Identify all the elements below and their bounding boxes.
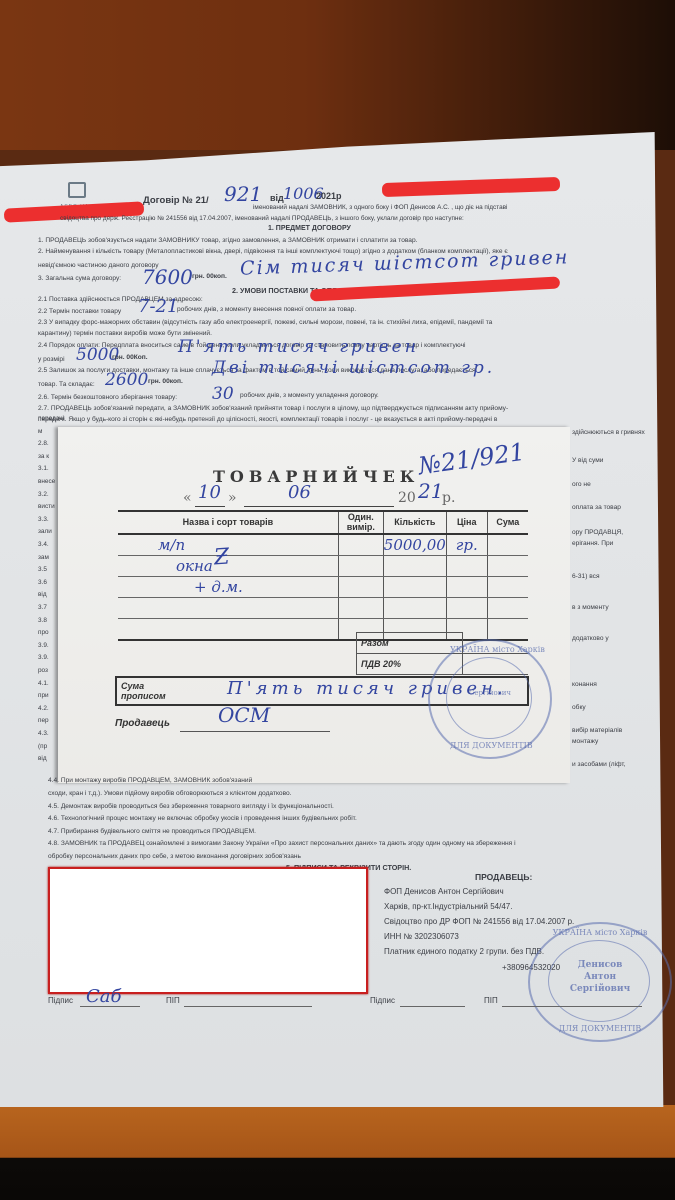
contract-fragment: 3.6	[38, 580, 47, 586]
clause-2-2-value-handwritten: 7-21	[138, 296, 178, 317]
contract-fragment: 4.1.	[38, 681, 49, 687]
seller-heading: ПРОДАВЕЦЬ:	[475, 873, 532, 882]
contract-fragment: 3.3.	[38, 517, 49, 523]
wooden-table-edge	[0, 1105, 675, 1200]
column-header-price: Ціна	[446, 511, 487, 534]
sum-label-2: прописом	[121, 691, 166, 701]
contract-fragment: 3.7	[38, 605, 47, 611]
receipt-title-check: ЧЕК	[363, 467, 419, 486]
table-row: + д.м.	[118, 577, 528, 598]
clause-2-2-rest: робочих днів, з моменту внесення повної …	[177, 307, 356, 314]
contract-fragment: м	[38, 429, 42, 435]
contract-fragment: (пр	[38, 744, 47, 750]
receipt-seller-label: Продавець	[115, 718, 170, 729]
party-line-1: іменований надалі ЗАМОВНИК, з одного бок…	[253, 205, 507, 211]
redaction-box	[48, 867, 368, 994]
contract-fragment: при	[38, 693, 49, 699]
table-cell	[338, 598, 383, 619]
clause-2-6-rest: робочих днів, з моменту укладення догово…	[240, 393, 379, 400]
clause-2-5-currency: грн. 00коп.	[148, 379, 183, 386]
sales-receipt: ТОВАРНИЙ ЧЕК №21/921 « 10 » 06 20 21 р. …	[58, 427, 570, 783]
table-cell: 5000,00	[383, 534, 446, 556]
contract-fragment: додатково у	[572, 636, 609, 643]
table-cell: + д.м.	[118, 577, 338, 598]
clause-4-4b: сходи, кран і т.д.). Умови підйому вироб…	[48, 791, 292, 798]
table-row: м/п5000,00гр.	[118, 534, 528, 556]
seal-stamp-icon: УКРАЇНА місто Харків Сергійович ДЛЯ ДОКУ…	[428, 639, 552, 759]
receipt-month: 06	[288, 482, 311, 503]
contract-fragment: 6-31) вся	[572, 574, 600, 581]
buyer-signature: Саб	[86, 986, 122, 1007]
contract-fragment: 3.9.	[38, 643, 49, 649]
contract-fragment: 4.2.	[38, 706, 49, 712]
table-cell	[383, 598, 446, 619]
table-cell	[118, 619, 338, 641]
clause-2-6-label: 2.6. Термін безкоштовного зберігання тов…	[38, 395, 177, 402]
table-cell	[338, 577, 383, 598]
seller-detail-line: Свідоцтво про ДР ФОП № 241556 від 17.04.…	[384, 918, 574, 926]
contract-fragment: передачі	[38, 416, 64, 422]
contract-fragment: ору ПРОДАВЦЯ,	[572, 530, 623, 537]
clause-4-7: 4.7. Прибирання будівельного сміття не п…	[48, 829, 256, 836]
table-cell	[383, 577, 446, 598]
column-header-quantity: Кількість	[383, 511, 446, 534]
table-cell	[118, 598, 338, 619]
seller-detail-line: Харків, пр-кт.Індустріальний 54/47.	[384, 903, 512, 911]
receipt-items-table: Назва і сорт товарів Один. вимір. Кількі…	[118, 510, 528, 641]
table-cell	[338, 534, 383, 556]
contract-fragment: конання	[572, 682, 597, 689]
buyer-sign-label: Підпис	[48, 996, 73, 1005]
buyer-name-label: ПІП	[166, 996, 180, 1005]
seller-detail-line: ИНН № 3202306073	[384, 933, 459, 941]
receipt-strike-z: Ƶ	[213, 544, 230, 570]
clause-2-6-value-handwritten: 30	[212, 384, 234, 404]
receipt-day: 10	[198, 482, 221, 503]
receipt-year-suffix: 21	[418, 479, 443, 503]
table-cell	[338, 556, 383, 577]
contract-fragment: від	[38, 592, 47, 598]
clause-2-3a: 2.3 У випадку форс-мажорних обставин (ві…	[38, 320, 492, 327]
sum-label-1: Сума	[121, 681, 144, 691]
clause-3-currency: грн. 00коп.	[192, 274, 227, 281]
contract-fragment: обку	[572, 705, 586, 712]
table-cell: гр.	[446, 534, 487, 556]
contract-fragment: від	[38, 756, 47, 762]
clause-2b: невід'ємною частиною даного договору	[38, 263, 159, 270]
seller-detail-line: Платник єдиного податку 2 групи. без ПДВ…	[384, 948, 544, 956]
contract-fragment: ерігання. При	[572, 541, 613, 548]
contract-fragment: 3.2.	[38, 492, 49, 498]
contract-fragment: висти	[38, 504, 55, 510]
clause-2-5-amount-handwritten: 2600	[105, 370, 148, 390]
column-header-name: Назва і сорт товарів	[118, 511, 338, 534]
contract-fragment: внесе	[38, 479, 55, 485]
clause-2-5-label: товар. Та складає:	[38, 382, 95, 389]
contract-fragment: оплата за товар	[572, 505, 621, 512]
contract-fragment: 3.1.	[38, 466, 49, 472]
contract-fragment: 2.8.	[38, 441, 49, 447]
seller-detail-line: ФОП Денисов Антон Сергійович	[384, 888, 504, 896]
contract-fragment: здійснюються в гривнях	[572, 430, 645, 437]
contract-fragment: 4.3.	[38, 731, 49, 737]
section-1-title: 1. ПРЕДМЕТ ДОГОВОРУ	[268, 225, 351, 232]
contract-fragment: У від суми	[572, 458, 603, 465]
clause-2-4-label: у розмірі	[38, 357, 65, 364]
table-cell	[446, 577, 487, 598]
clause-4-5: 4.5. Демонтаж виробів проводиться без зб…	[48, 804, 334, 811]
clause-2-4-words-handwritten: П'ять тисяч гривен	[178, 337, 419, 357]
contract-fragment: 3.8	[38, 618, 47, 624]
party-line-2: свідоцтва про держ. Реєстрацію № 241556 …	[60, 216, 464, 222]
total-label: Разом	[357, 633, 463, 654]
contract-number-handwritten: 921	[224, 182, 262, 206]
clause-2-7a: 2.7. ПРОДАВЕЦЬ зобов'язаний передати, а …	[38, 406, 508, 413]
clause-2-4-currency: грн. 00Коп.	[112, 355, 148, 362]
table-cell	[487, 556, 528, 577]
table-cell	[446, 598, 487, 619]
table-cell	[383, 556, 446, 577]
contract-date-prefix: від	[270, 194, 284, 203]
contract-fragment: роз	[38, 668, 48, 674]
table-row: окна	[118, 556, 528, 577]
column-header-unit: Один. вимір.	[338, 511, 383, 534]
receipt-year-prefix: 20	[398, 490, 416, 506]
contract-fragment: зам	[38, 555, 49, 561]
clause-2-5-words-handwritten: Дві тисячі шістсот гр.	[212, 358, 495, 378]
receipt-seller-signature: ОСМ	[218, 703, 270, 727]
contract-fragment: ого не	[572, 482, 591, 489]
contract-title: Договір № 21/	[143, 196, 209, 206]
clause-4-6: 4.6. Технологічний процес монтажу не вкл…	[48, 816, 357, 823]
receipt-year-unit: р.	[442, 490, 455, 506]
clause-3-amount-handwritten: 7600	[142, 265, 193, 289]
clause-1: 1. ПРОДАВЕЦЬ зобов'язується надати ЗАМОВ…	[38, 238, 417, 245]
seller-name-label: ПІП	[484, 996, 498, 1005]
contract-fragment: в з моменту	[572, 605, 609, 612]
company-logo-icon	[64, 180, 90, 204]
seller-seal-stamp-icon: УКРАЇНА місто Харків Денисов Антон Сергі…	[528, 922, 672, 1042]
contract-fragment: 3.5	[38, 567, 47, 573]
seller-sign-label: Підпис	[370, 996, 395, 1005]
table-cell	[487, 534, 528, 556]
clause-2-7b: передачі. Якщо у будь-кого зі сторін є я…	[38, 417, 497, 424]
contract-fragment: 3.4.	[38, 542, 49, 548]
receipt-number-handwritten: №21/921	[417, 438, 527, 481]
contract-fragment: 3.9.	[38, 655, 49, 661]
clause-3-label: 3. Загальна сума договору:	[38, 276, 121, 283]
clause-4-8b: обробку персональних даних про себе, з м…	[48, 854, 301, 861]
clause-2-2-label: 2.2 Термін поставки товару	[38, 309, 121, 316]
contract-fragment: вибір матеріалів	[572, 728, 622, 735]
table-cell	[487, 598, 528, 619]
column-header-sum: Сума	[487, 511, 528, 534]
table-cell	[446, 556, 487, 577]
contract-fragment: про	[38, 630, 49, 636]
contract-year: 2021р	[316, 192, 342, 201]
clause-4-8a: 4.8. ЗАМОВНИК та ПРОДАВЕЦ ознайомлені з …	[48, 841, 516, 848]
table-row	[118, 598, 528, 619]
contract-fragment: за к	[38, 454, 49, 460]
contract-fragment: пер	[38, 718, 49, 724]
table-cell	[487, 577, 528, 598]
wooden-table-top	[0, 0, 675, 150]
contract-fragment: зали	[38, 529, 52, 535]
contract-fragment: монтажу	[572, 739, 598, 746]
contract-fragment: и засобами (ліфт,	[572, 762, 626, 769]
clause-4-4a: 4.4. При монтажу виробів ПРОДАВЦЕМ, ЗАМО…	[48, 778, 252, 785]
